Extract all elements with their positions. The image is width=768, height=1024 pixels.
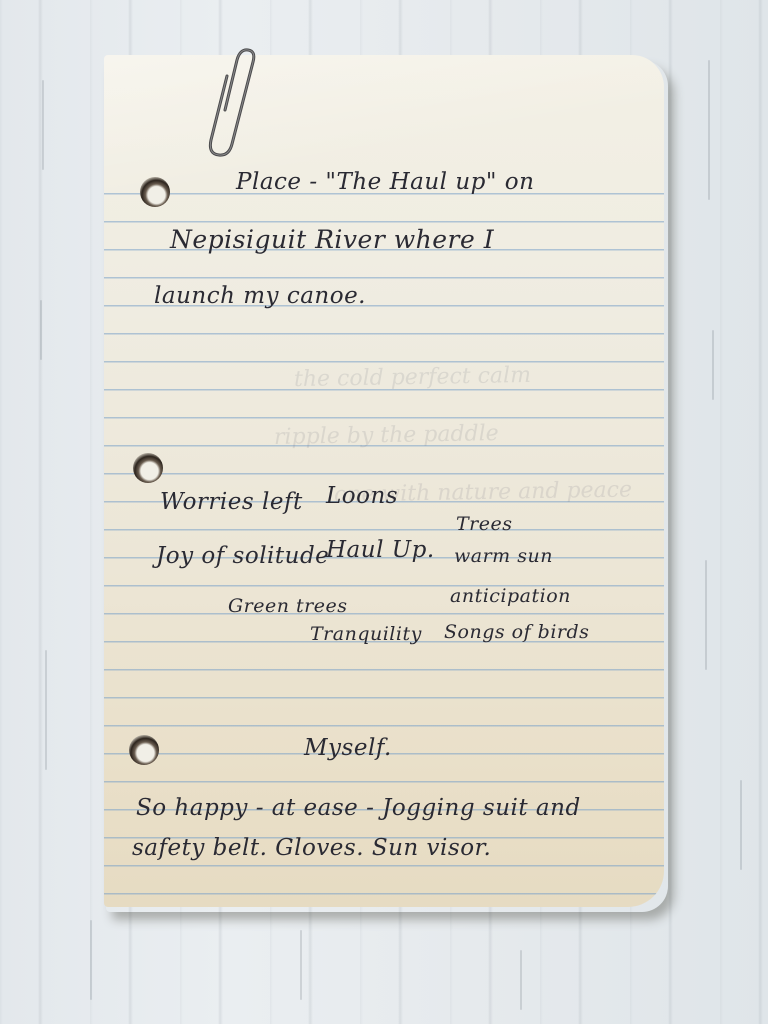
punch-hole: [133, 453, 163, 483]
punch-hole: [140, 177, 170, 207]
word-songs-of-birds: Songs of birds: [444, 621, 589, 643]
header-line-3: launch my canoe.: [154, 283, 366, 309]
myself-line-2: safety belt. Gloves. Sun visor.: [132, 835, 491, 861]
word-loons: Loons: [326, 483, 398, 509]
myself-line-1: So happy - at ease - Jogging suit and: [136, 795, 581, 821]
myself-heading: Myself.: [304, 735, 392, 761]
punch-hole: [129, 735, 159, 765]
lined-paper: the cold perfect calm ripple by the padd…: [104, 55, 664, 907]
header-line-2: Nepisiguit River where I: [170, 225, 494, 254]
word-haul-up: Haul Up.: [326, 537, 435, 563]
word-worries-left: Worries left: [160, 489, 303, 515]
word-trees: Trees: [456, 513, 513, 535]
paperclip-icon: [205, 48, 265, 160]
word-warm-sun: warm sun: [454, 545, 553, 567]
bleed-through-text: ripple by the paddle: [274, 421, 499, 450]
word-joy-of-solitude: Joy of solitude: [156, 543, 329, 569]
word-green-trees: Green trees: [228, 595, 347, 617]
word-anticipation: anticipation: [450, 585, 571, 607]
word-tranquility: Tranquility: [310, 623, 422, 645]
bleed-through-text: the cold perfect calm: [294, 363, 531, 392]
header-line-1: Place - "The Haul up" on: [236, 169, 534, 195]
